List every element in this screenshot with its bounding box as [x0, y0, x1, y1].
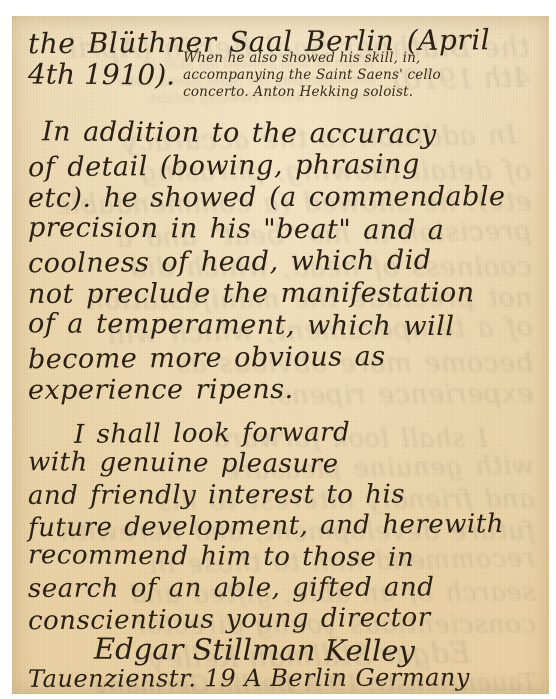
letter-body: the Blüthner Saal Berlin (April 4th 1910… [12, 16, 549, 692]
letter-line: with genuine pleasure [28, 447, 543, 482]
letter-paper: the Blüthner Saal Berlin (April 4th 1910… [12, 16, 549, 694]
paragraph-1: In addition to the accuracy of detail (b… [28, 118, 543, 406]
letter-line: recommend him to those in [28, 540, 543, 575]
letter-line: experience ripens. [28, 373, 543, 407]
letter-line: I shall look forward [28, 416, 543, 451]
letter-line: and friendly interest to his [28, 479, 543, 512]
letter-line-opening: the Blüthner Saal Berlin (April [28, 22, 543, 62]
insertion-line: accompanying the Saint Saens' cello [183, 67, 441, 84]
letter-line: search of an able, gifted and [28, 572, 543, 605]
letter-line: precision in his "beat" and a [28, 212, 543, 248]
date-and-insertion-row: 4th 1910). When he also showed his skill… [28, 60, 543, 118]
letter-line: coolness of head, which did [28, 244, 543, 280]
sender-address: Tauenzienstr. 19 A Berlin Germany [28, 664, 543, 693]
letter-line-date: 4th 1910). [28, 59, 175, 90]
insertion-line: concerto. Anton Hekking soloist. [183, 84, 441, 101]
scanned-letter-page: the Blüthner Saal Berlin (April 4th 1910… [0, 0, 556, 699]
letter-line: etc). he showed (a commendable [28, 181, 543, 215]
letter-line: of detail (bowing, phrasing [28, 148, 543, 184]
letter-line: In addition to the accuracy [28, 116, 543, 152]
signature: Edgar Stillman Kelley [28, 633, 543, 667]
letter-line: of a temperament, which will [28, 308, 543, 344]
paragraph-2: I shall look forward with genuine pleasu… [28, 418, 543, 635]
letter-line: become more obvious as [28, 340, 543, 376]
letter-line: future development, and herewith [28, 509, 543, 544]
letter-line: not preclude the manifestation [28, 277, 543, 311]
